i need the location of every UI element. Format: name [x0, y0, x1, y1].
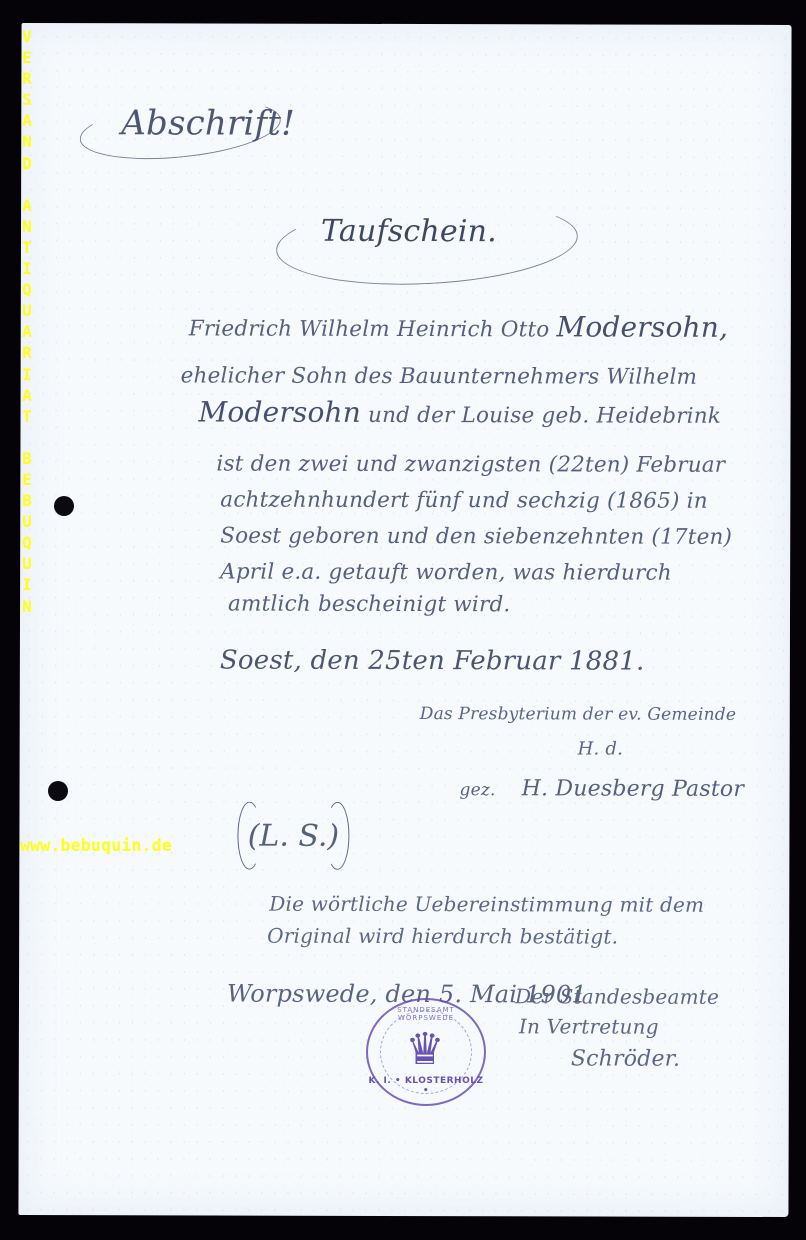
- punch-hole-icon: [48, 781, 68, 801]
- body-line: Modersohn und der Louise geb. Heidebrink: [199, 395, 722, 429]
- certification-line: Die wörtliche Uebereinstimmung mit dem: [269, 892, 704, 917]
- certification-line: Original wird hierdurch bestätigt.: [267, 924, 618, 949]
- body-line: amtlich bescheinigt wird.: [228, 592, 511, 618]
- copy-label: Abschrift!: [121, 103, 295, 143]
- issue-place-date: Soest, den 25ten Februar 1881.: [220, 646, 645, 677]
- body-line: achtzehnhundert fünf und sechzig (1865) …: [220, 488, 708, 514]
- body-line-text: und der Louise geb. Heidebrink: [361, 403, 721, 429]
- body-line: Friedrich Wilhelm Heinrich Otto Modersoh…: [189, 309, 728, 343]
- body-line-text: Friedrich Wilhelm Heinrich Otto: [189, 316, 557, 342]
- official-stamp: STANDESAMT WORPSWEDE ♛ K. I. • KLOSTERHO…: [366, 998, 486, 1106]
- surname: Modersohn,: [556, 310, 728, 343]
- document-title: Taufschein.: [321, 214, 497, 249]
- seal-mark-text: (L. S.): [248, 818, 340, 853]
- body-line: Soest geboren und den siebenzehnten (17t…: [220, 524, 732, 550]
- body-line: ehelicher Sohn des Bauunternehmers Wilhe…: [181, 363, 698, 389]
- official-title: Der Standesbeamte: [515, 984, 719, 1009]
- pastor-signature: gez.H. Duesberg Pastor: [460, 776, 745, 802]
- certificate-body: Friedrich Wilhelm Heinrich Otto Modersoh…: [22, 23, 792, 25]
- punch-hole-icon: [54, 496, 74, 516]
- watermark-url: www.bebuquin.de: [20, 836, 172, 855]
- stamp-top-text: STANDESAMT WORPSWEDE: [368, 1006, 484, 1022]
- body-line: April e.a. getauft worden, was hierdurch: [220, 560, 672, 586]
- signing-abbrev: H. d.: [578, 738, 623, 759]
- stamp-bottom-text: K. I. • KLOSTERHOLZ •: [368, 1076, 484, 1096]
- signing-organization: Das Presbyterium der ev. Gemeinde: [420, 704, 736, 725]
- signer-name: H. Duesberg Pastor: [522, 776, 744, 802]
- surname: Modersohn: [199, 395, 362, 428]
- body-line: ist den zwei und zwanzigsten (22ten) Feb…: [216, 452, 725, 478]
- vertical-watermark: V E R S A N D A N T I Q U A R I A T B E …: [20, 26, 34, 617]
- eagle-emblem-icon: ♛: [402, 1024, 448, 1076]
- locus-sigilli-mark: (L. S.): [245, 806, 341, 866]
- signed-prefix: gez.: [460, 780, 496, 800]
- official-deputy: In Vertretung: [519, 1014, 659, 1038]
- official-signature: Schröder.: [571, 1046, 680, 1071]
